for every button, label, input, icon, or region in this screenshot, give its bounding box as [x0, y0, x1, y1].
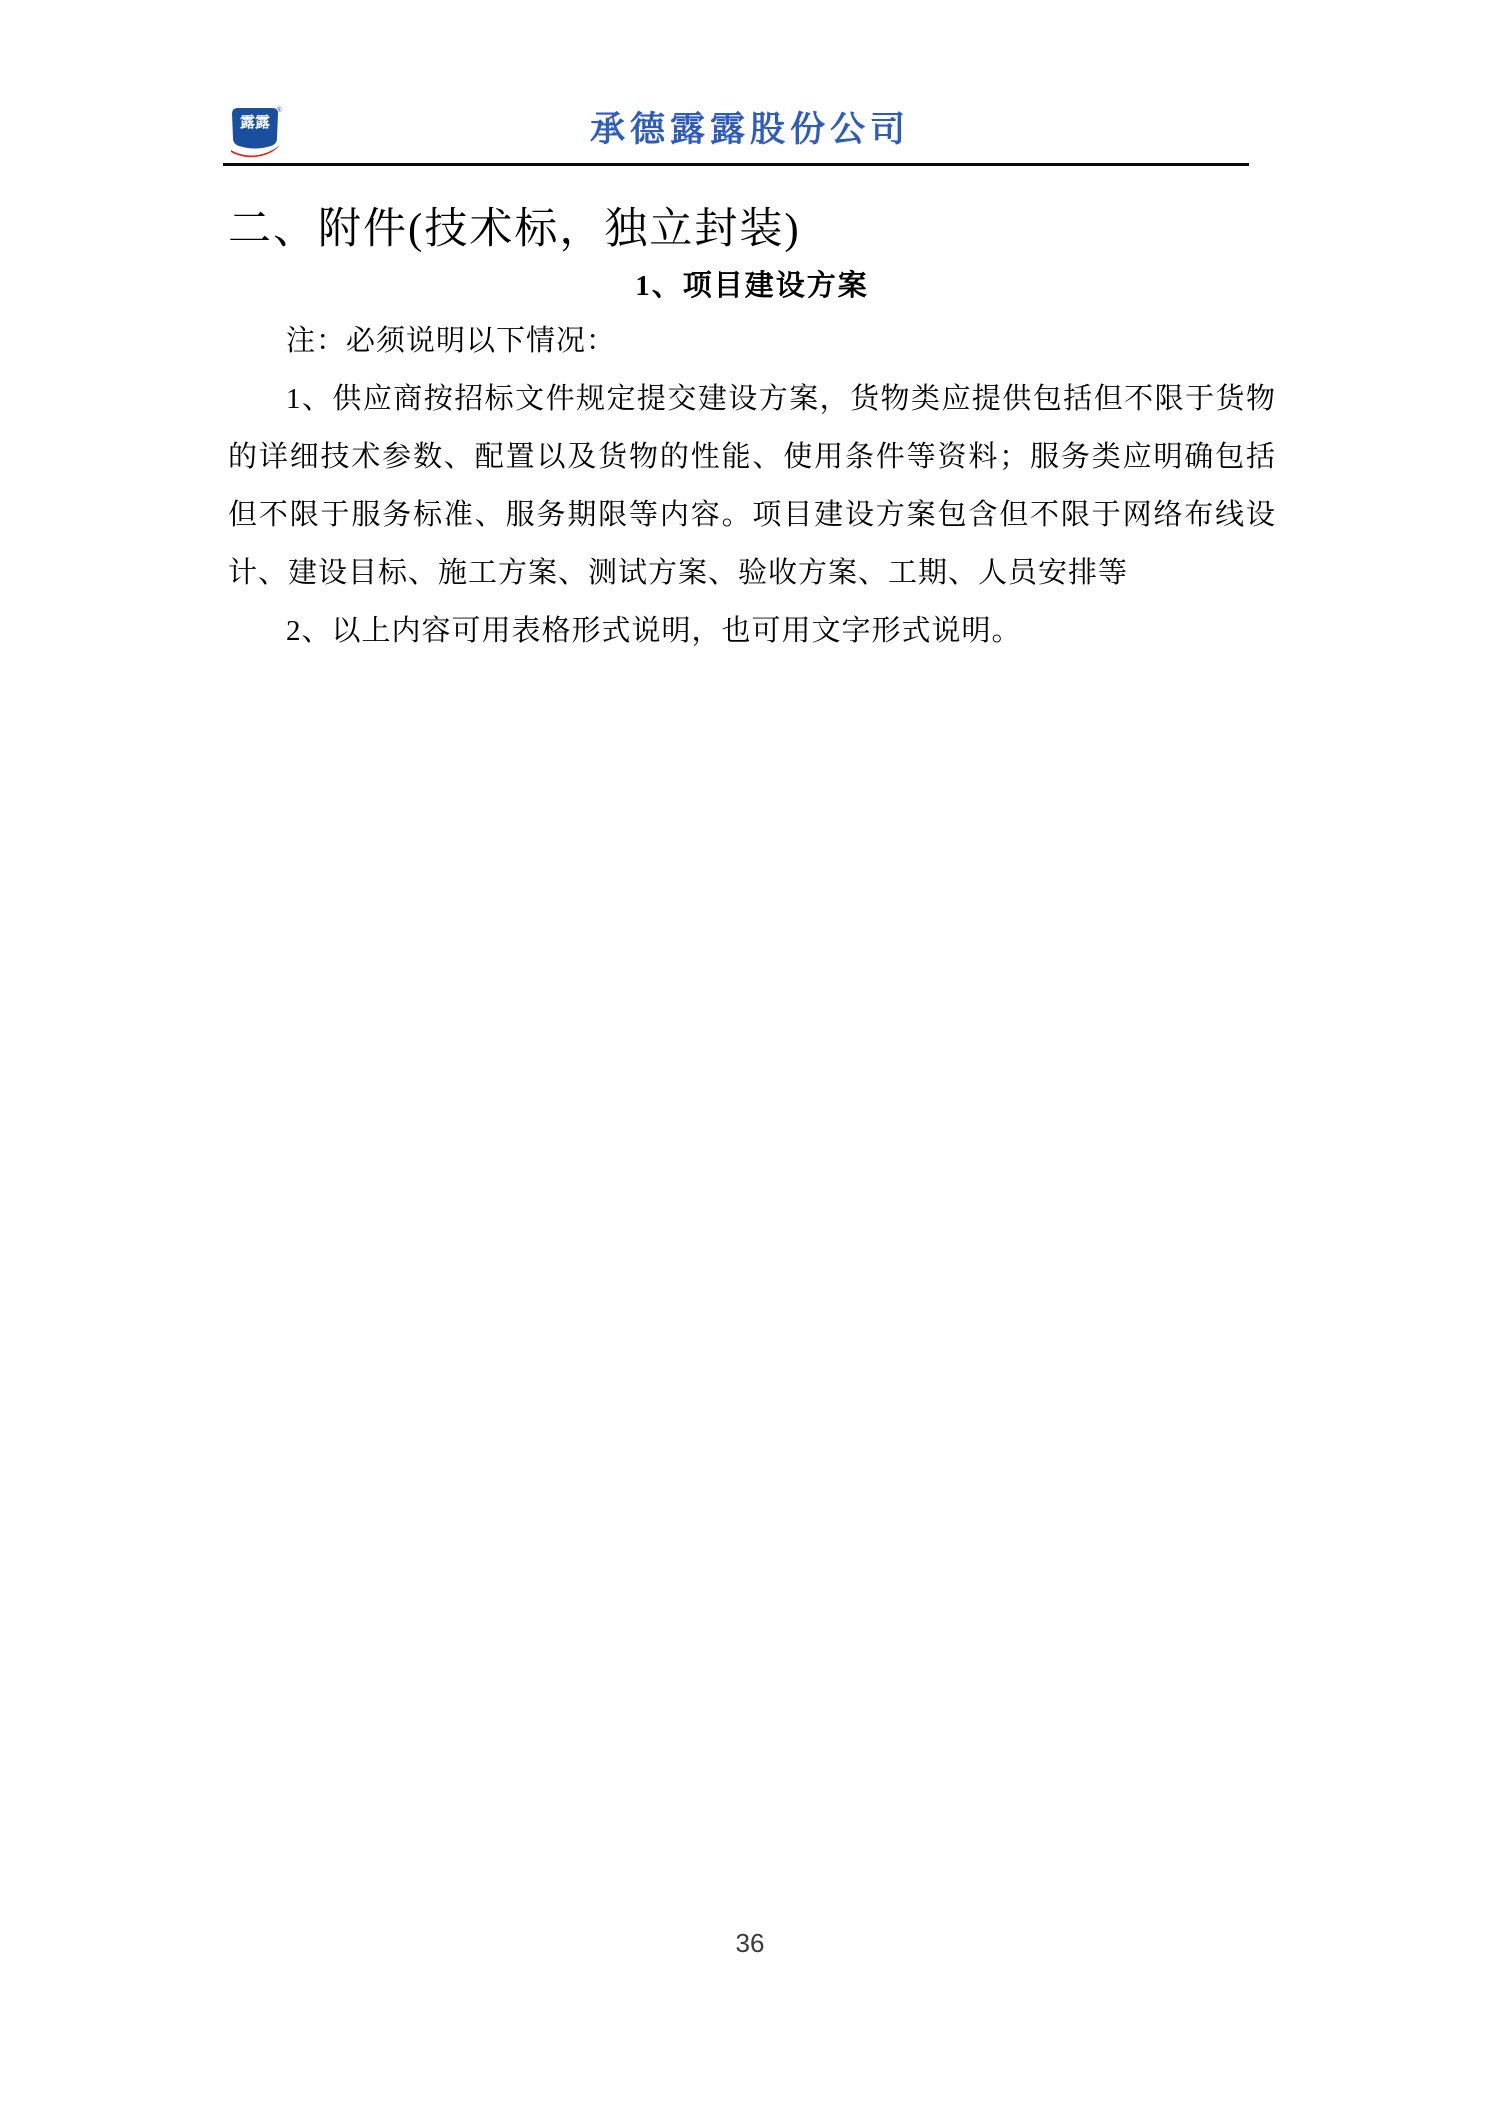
header-rule-divider [223, 163, 1249, 166]
paragraph-1: 1、供应商按招标文件规定提交建设方案，货物类应提供包括但不限于货物的详细技术参数… [228, 370, 1276, 602]
note-line: 注：必须说明以下情况： [228, 312, 1276, 370]
body-paragraphs: 注：必须说明以下情况： 1、供应商按招标文件规定提交建设方案，货物类应提供包括但… [228, 312, 1276, 660]
section-heading: 二、附件(技术标，独立封装) [228, 202, 1276, 258]
subsection-title: 1、项目建设方案 [228, 264, 1276, 308]
company-name-title: 承德露露股份公司 [0, 108, 1500, 152]
paragraph-2: 2、以上内容可用表格形式说明，也可用文字形式说明。 [228, 602, 1276, 660]
document-page: 露露 ® 承德露露股份公司 二、附件(技术标，独立封装) 1、项目建设方案 注：… [0, 0, 1500, 2121]
page-number: 36 [0, 1928, 1500, 1959]
